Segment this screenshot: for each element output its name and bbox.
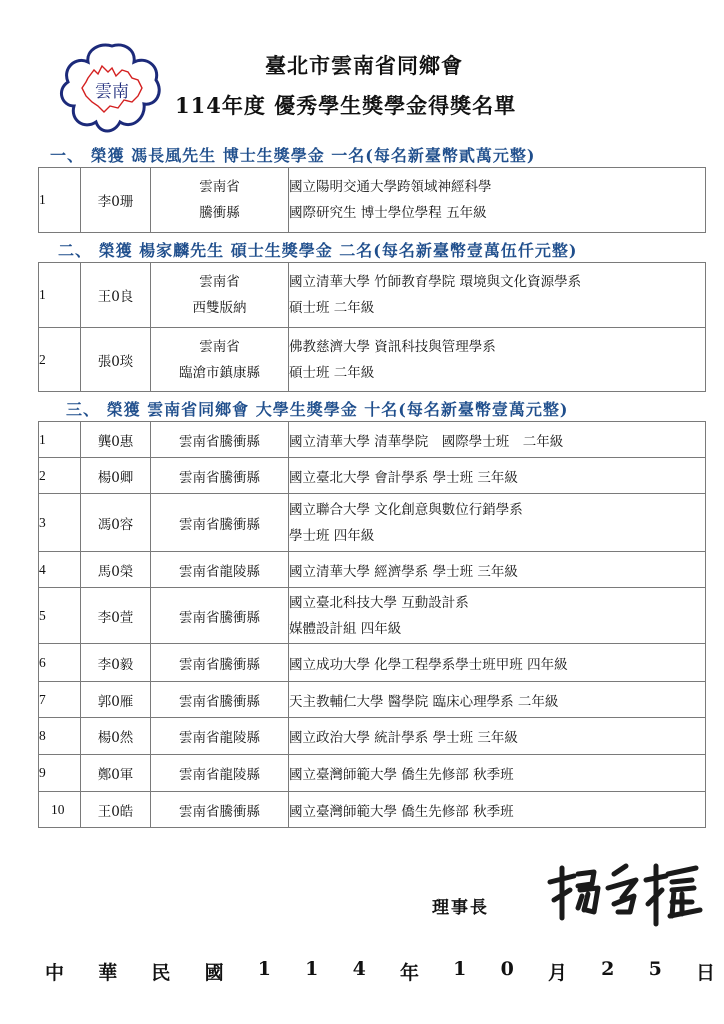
student-name: 楊0然 xyxy=(81,718,151,755)
section-1-heading: 一、 榮獲 馮長風先生 博士生獎學金 一名(每名新臺幣貳萬元整) xyxy=(50,143,535,166)
student-school: 國立清華大學 經濟學系 學士班 三年級 xyxy=(289,552,706,588)
row-number: 3 xyxy=(39,494,81,552)
row-number: 4 xyxy=(39,552,81,588)
table-row: 10 王0皓 雲南省騰衝縣 國立臺灣師範大學 僑生先修部 秋季班 xyxy=(39,792,706,828)
student-origin: 雲南省龍陵縣 xyxy=(151,718,289,755)
student-school: 天主教輔仁大學 醫學院 臨床心理學系 二年級 xyxy=(289,682,706,718)
association-logo: 雲南 xyxy=(58,40,166,136)
student-school: 國立政治大學 統計學系 學士班 三年級 xyxy=(289,718,706,755)
row-number: 7 xyxy=(39,682,81,718)
table-row: 7 郭0雁 雲南省騰衝縣 天主教輔仁大學 醫學院 臨床心理學系 二年級 xyxy=(39,682,706,718)
student-name: 馬0榮 xyxy=(81,552,151,588)
student-origin: 雲南省 臨滄市鎮康縣 xyxy=(151,328,289,392)
table-row: 6 李0毅 雲南省騰衝縣 國立成功大學 化學工程學系學士班甲班 四年級 xyxy=(39,644,706,682)
handwritten-signature xyxy=(544,860,706,930)
student-school: 國立臺灣師範大學 僑生先修部 秋季班 xyxy=(289,755,706,792)
section-2-table: 1 王0良 雲南省 西雙版納 國立清華大學 竹師教育學院 環境與文化資源學系 碩… xyxy=(38,262,706,392)
student-name: 李0珊 xyxy=(81,168,151,233)
student-name: 郭0雁 xyxy=(81,682,151,718)
student-name: 王0良 xyxy=(81,263,151,328)
student-origin: 雲南省騰衝縣 xyxy=(151,494,289,552)
table-row: 8 楊0然 雲南省龍陵縣 國立政治大學 統計學系 學士班 三年級 xyxy=(39,718,706,755)
row-number: 8 xyxy=(39,718,81,755)
section-3-table: 1 龔0惠 雲南省騰衝縣 國立清華大學 清華學院 國際學士班 二年級 2 楊0卿… xyxy=(38,421,706,828)
student-origin: 雲南省騰衝縣 xyxy=(151,682,289,718)
student-origin: 雲南省騰衝縣 xyxy=(151,792,289,828)
table-row: 5 李0萱 雲南省騰衝縣 國立臺北科技大學 互動設計系 媒體設計組 四年級 xyxy=(39,588,706,644)
student-name: 龔0惠 xyxy=(81,422,151,458)
row-number: 10 xyxy=(39,792,81,828)
student-school: 國立清華大學 竹師教育學院 環境與文化資源學系 碩士班 二年級 xyxy=(289,263,706,328)
student-origin: 雲南省騰衝縣 xyxy=(151,588,289,644)
student-name: 張0琰 xyxy=(81,328,151,392)
student-school: 佛教慈濟大學 資訊科技與管理學系 碩士班 二年級 xyxy=(289,328,706,392)
row-number: 5 xyxy=(39,588,81,644)
chairman-label: 理事長 xyxy=(432,893,489,918)
student-school: 國立臺北科技大學 互動設計系 媒體設計組 四年級 xyxy=(289,588,706,644)
plum-blossom-logo-icon: 雲南 xyxy=(58,40,166,136)
student-origin: 雲南省龍陵縣 xyxy=(151,552,289,588)
student-name: 王0皓 xyxy=(81,792,151,828)
student-origin: 雲南省 騰衝縣 xyxy=(151,168,289,233)
table-row: 1 李0珊 雲南省 騰衝縣 國立陽明交通大學跨領域神經科學 國際研究生 博士學位… xyxy=(39,168,706,233)
student-school: 國立臺灣師範大學 僑生先修部 秋季班 xyxy=(289,792,706,828)
document-date: 中 華 民 國 1 1 4 年 1 0 月 2 5 日 xyxy=(45,958,715,985)
section-1-table: 1 李0珊 雲南省 騰衝縣 國立陽明交通大學跨領域神經科學 國際研究生 博士學位… xyxy=(38,167,706,233)
student-school: 國立成功大學 化學工程學系學士班甲班 四年級 xyxy=(289,644,706,682)
association-title: 臺北市雲南省同鄉會 xyxy=(265,50,463,80)
row-number: 1 xyxy=(39,168,81,233)
student-origin: 雲南省 西雙版納 xyxy=(151,263,289,328)
signature-icon xyxy=(544,860,706,930)
table-row: 2 楊0卿 雲南省騰衝縣 國立臺北大學 會計學系 學士班 三年級 xyxy=(39,458,706,494)
student-name: 馮0容 xyxy=(81,494,151,552)
student-name: 楊0卿 xyxy=(81,458,151,494)
table-row: 2 張0琰 雲南省 臨滄市鎮康縣 佛教慈濟大學 資訊科技與管理學系 碩士班 二年… xyxy=(39,328,706,392)
row-number: 9 xyxy=(39,755,81,792)
svg-text:雲南: 雲南 xyxy=(95,82,129,102)
table-row: 3 馮0容 雲南省騰衝縣 國立聯合大學 文化創意與數位行銷學系 學士班 四年級 xyxy=(39,494,706,552)
student-origin: 雲南省龍陵縣 xyxy=(151,755,289,792)
student-school: 國立聯合大學 文化創意與數位行銷學系 學士班 四年級 xyxy=(289,494,706,552)
section-2-heading: 二、 榮獲 楊家麟先生 碩士生獎學金 二名(每名新臺幣壹萬伍仟元整) xyxy=(58,238,577,261)
student-name: 李0萱 xyxy=(81,588,151,644)
row-number: 2 xyxy=(39,458,81,494)
table-row: 1 王0良 雲南省 西雙版納 國立清華大學 竹師教育學院 環境與文化資源學系 碩… xyxy=(39,263,706,328)
table-row: 4 馬0榮 雲南省龍陵縣 國立清華大學 經濟學系 學士班 三年級 xyxy=(39,552,706,588)
student-origin: 雲南省騰衝縣 xyxy=(151,458,289,494)
row-number: 2 xyxy=(39,328,81,392)
student-origin: 雲南省騰衝縣 xyxy=(151,644,289,682)
row-number: 6 xyxy=(39,644,81,682)
student-name: 鄭0軍 xyxy=(81,755,151,792)
table-row: 1 龔0惠 雲南省騰衝縣 國立清華大學 清華學院 國際學士班 二年級 xyxy=(39,422,706,458)
student-school: 國立清華大學 清華學院 國際學士班 二年級 xyxy=(289,422,706,458)
table-row: 9 鄭0軍 雲南省龍陵縣 國立臺灣師範大學 僑生先修部 秋季班 xyxy=(39,755,706,792)
document-title: 114年度 優秀學生獎學金得獎名單 xyxy=(175,90,516,120)
row-number: 1 xyxy=(39,422,81,458)
student-name: 李0毅 xyxy=(81,644,151,682)
student-school: 國立臺北大學 會計學系 學士班 三年級 xyxy=(289,458,706,494)
section-3-heading: 三、 榮獲 雲南省同鄉會 大學生獎學金 十名(每名新臺幣壹萬元整) xyxy=(66,397,568,420)
student-school: 國立陽明交通大學跨領域神經科學 國際研究生 博士學位學程 五年級 xyxy=(289,168,706,233)
student-origin: 雲南省騰衝縣 xyxy=(151,422,289,458)
row-number: 1 xyxy=(39,263,81,328)
